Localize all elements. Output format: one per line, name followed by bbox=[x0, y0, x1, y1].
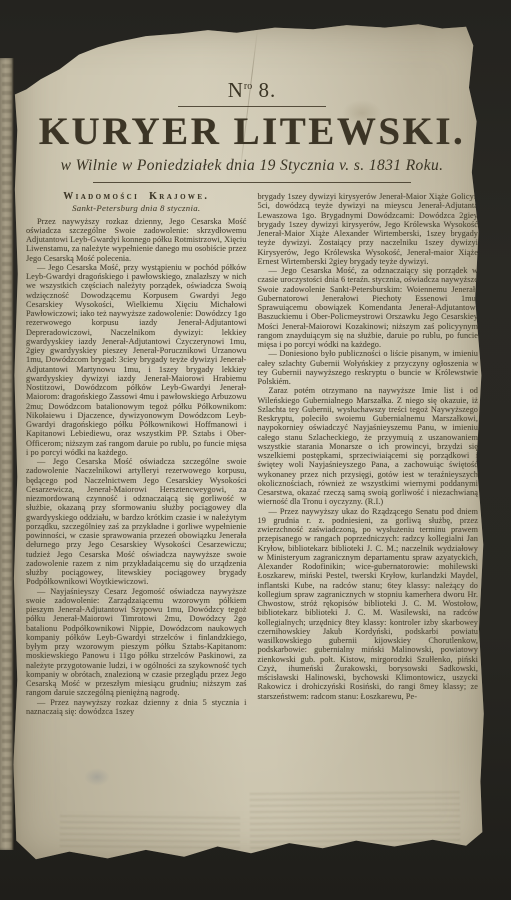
issue-value: 8. bbox=[259, 78, 277, 102]
article-paragraph: — Nayjaśnieyszy Cesarz Jegomość oświadcz… bbox=[26, 587, 247, 698]
issue-superscript: ro bbox=[244, 81, 252, 92]
article-paragraph: — Doniesiono było publiczności o liście … bbox=[258, 349, 479, 386]
masthead-dateline: w Wilnie w Poniedziałek dnia 19 Stycznia… bbox=[26, 157, 478, 175]
article-paragraph: Przez naywyższy rozkaz dzienny, Jego Ces… bbox=[26, 217, 247, 263]
newspaper-sheet: Nro 8. KURYER LITEWSKI. w Wilnie w Ponie… bbox=[12, 20, 490, 866]
article-paragraph: brygady 1szey dywizyi kirysyerów Jenerał… bbox=[258, 192, 479, 266]
right-column: brygady 1szey dywizyi kirysyerów Jenerał… bbox=[258, 192, 479, 716]
adjacent-page-edge bbox=[0, 58, 14, 850]
left-column: Wiadomości Krajowe. Sankt-Petersburg dni… bbox=[26, 192, 247, 716]
section-heading: Wiadomości Krajowe. bbox=[26, 192, 247, 201]
masthead-rule-small bbox=[178, 106, 326, 107]
article-paragraph: Zaraz potém otrzymano na naywyższe Imie … bbox=[258, 386, 479, 506]
issue-number: Nro 8. bbox=[26, 78, 478, 103]
article-paragraph: — Przez naywyższy ukaz do Rządzącego Sen… bbox=[258, 507, 479, 701]
newspaper-title: KURYER LITEWSKI. bbox=[26, 109, 478, 154]
issue-prefix: N bbox=[228, 78, 244, 102]
article-paragraph: — Jego Cesarska Mość, za odznaczaiący si… bbox=[258, 266, 479, 349]
article-paragraph: — Jego Cesarska Mość, przy wystąpieniu w… bbox=[26, 263, 247, 457]
column-dateline: Sankt-Petersburg dnia 8 stycznia. bbox=[26, 204, 247, 213]
adjacent-page-text-fragments bbox=[2, 64, 12, 844]
verso-show-through bbox=[60, 815, 240, 853]
article-paragraph: — Jego Cesarska Mość oświadcza szczególn… bbox=[26, 457, 247, 587]
masthead-rule-wide bbox=[93, 182, 411, 183]
paper-stain bbox=[84, 768, 110, 786]
body-columns: Wiadomości Krajowe. Sankt-Petersburg dni… bbox=[26, 192, 478, 716]
verso-show-through bbox=[250, 791, 460, 851]
article-paragraph: — Przez naywyższy rozkaz dzienny z dnia … bbox=[26, 698, 247, 717]
masthead: Nro 8. KURYER LITEWSKI. w Wilnie w Ponie… bbox=[26, 78, 478, 183]
page-content: Nro 8. KURYER LITEWSKI. w Wilnie w Ponie… bbox=[26, 78, 478, 716]
